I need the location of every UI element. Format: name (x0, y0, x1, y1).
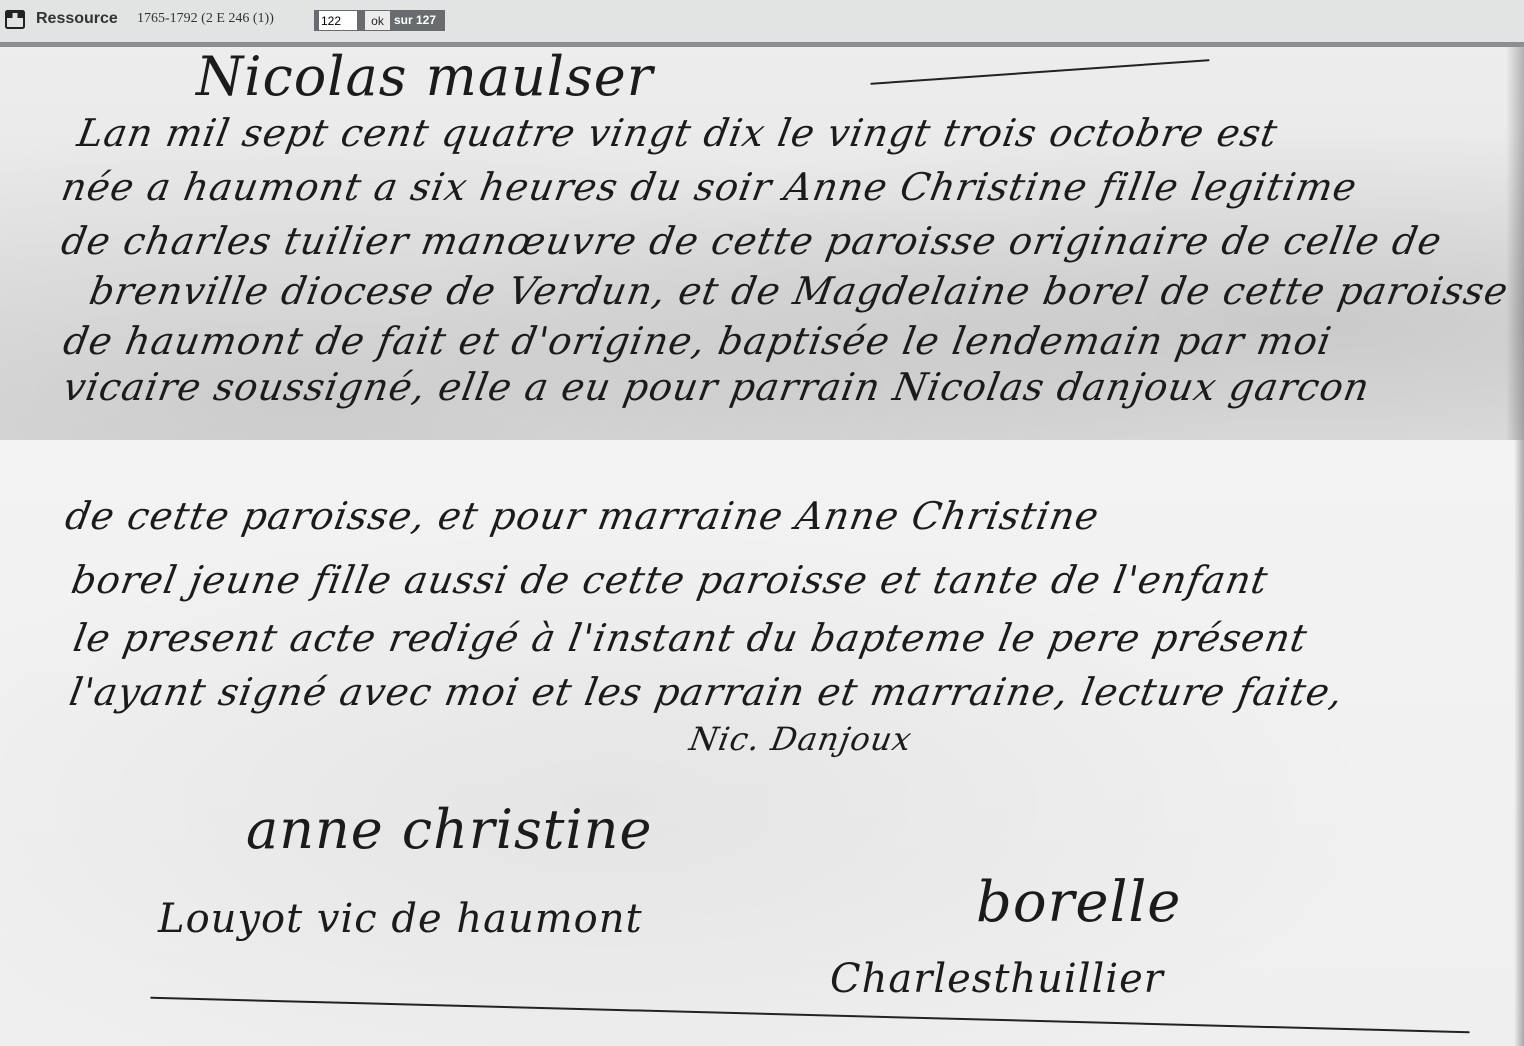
page-edge-shadow (1506, 47, 1524, 440)
text-line: borel jeune fille aussi de cette paroiss… (68, 558, 1272, 602)
page-number-input[interactable] (319, 11, 357, 30)
signature-godfather: Nic. Danjoux (687, 720, 915, 758)
text-line: Lan mil sept cent quatre vingt dix le vi… (74, 111, 1281, 155)
document-image-viewer[interactable]: Nicolas maulser Lan mil sept cent quatre… (0, 47, 1524, 1046)
text-line: brenville diocese de Verdun, et de Magde… (86, 269, 1512, 313)
text-line: de haumont de fait et d'origine, baptisé… (60, 319, 1335, 363)
text-line: de cette paroisse, et pour marraine Anne… (62, 494, 1103, 538)
text-line: le present acte redigé à l'instant du ba… (70, 616, 1311, 660)
page-navigator: ok sur 127 (314, 10, 445, 31)
signature-father: Charlesthuillier (830, 956, 1164, 1002)
signature-godmother: anne christine (246, 798, 652, 861)
text-line: vicaire soussigné, elle a eu pour parrai… (60, 365, 1373, 409)
flourish-line (870, 59, 1209, 85)
text-line: née a haumont a six heures du soir Anne … (58, 165, 1361, 209)
margin-name: Nicolas maulser (196, 47, 654, 108)
resource-title: Ressource (36, 10, 118, 28)
resource-header: Ressource 1765-1792 (2 E 246 (1)) ok sur… (0, 0, 1524, 47)
total-pages-label: sur 127 (394, 13, 436, 27)
text-line: de charles tuilier manœuvre de cette par… (58, 219, 1445, 263)
signature-vicar: Louyot vic de haumont (158, 896, 643, 942)
page-edge-shadow (1514, 440, 1524, 1046)
scan-strip-bottom: de cette paroisse, et pour marraine Anne… (0, 440, 1524, 1046)
text-line: l'ayant signé avec moi et les parrain et… (66, 670, 1347, 714)
archive-box-icon (5, 10, 25, 29)
go-to-page-button[interactable]: ok (365, 11, 390, 30)
signature-godmother-surname: borelle (976, 870, 1181, 935)
resource-subtitle: 1765-1792 (2 E 246 (1)) (137, 11, 274, 27)
scan-strip-top: Nicolas maulser Lan mil sept cent quatre… (0, 47, 1524, 440)
closing-flourish-line (150, 997, 1470, 1034)
